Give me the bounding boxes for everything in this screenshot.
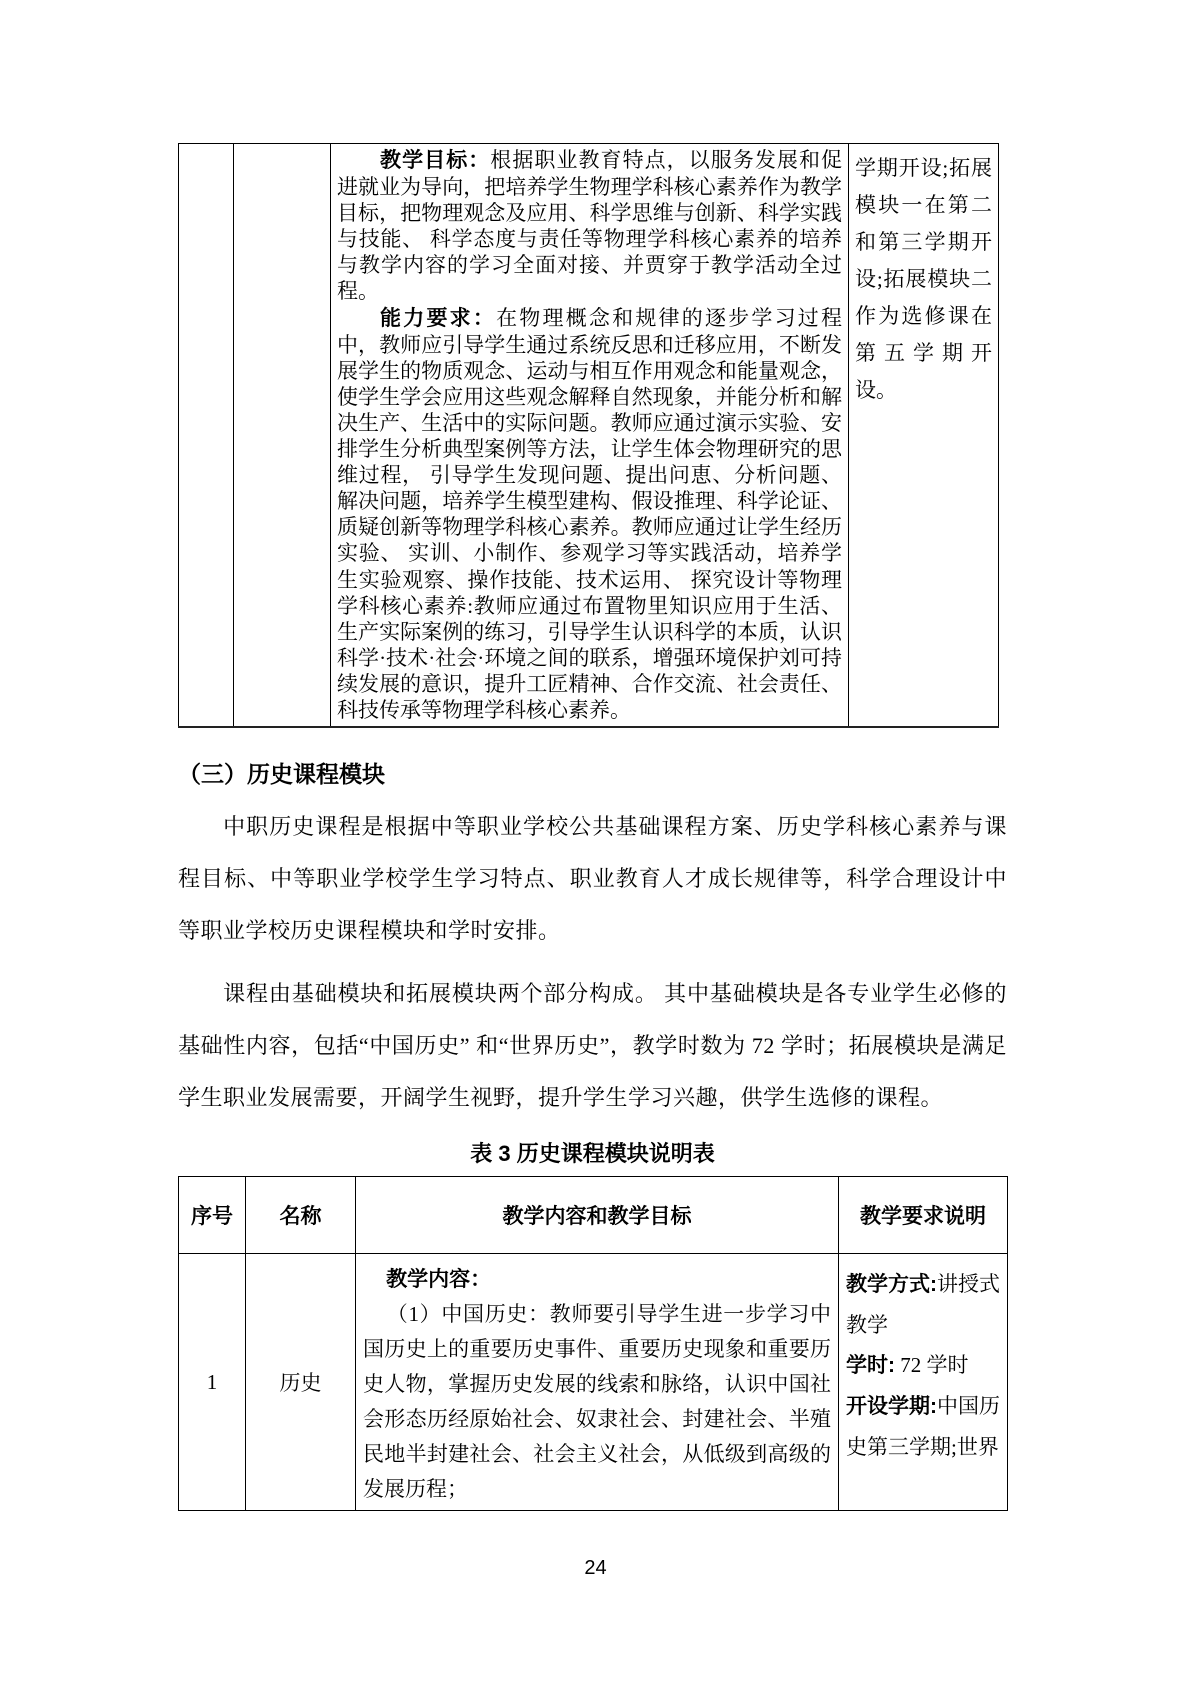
history-intro-paragraph-2: 课程由基础模块和拓展模块两个部分构成。 其中基础模块是各专业学生必修的基础性内容…: [178, 968, 1007, 1124]
table3-caption: 表 3 历史课程模块说明表: [178, 1140, 1007, 1168]
table-header-row: 序号 名称 教学内容和教学目标 教学要求说明: [179, 1177, 1008, 1254]
row-number-cell: 1: [179, 1254, 246, 1511]
physics-semester-note-cell: 学期开设;拓展模块一在第二和第三学期开设;拓展模块二作为选修课在第五学期开设。: [849, 144, 999, 728]
header-cell-name: 名称: [246, 1177, 356, 1254]
semester-item: 开设学期:中国历史第三学期;世界: [846, 1386, 1000, 1467]
semester-note-text: 学期开设;拓展模块一在第二和第三学期开设;拓展模块二作为选修课在第五学期开设。: [855, 156, 992, 402]
teaching-content-label: 教学内容：: [363, 1262, 831, 1297]
row-name-cell: 历史: [246, 1254, 356, 1511]
class-hours-item: 学时: 72 学时: [846, 1345, 1000, 1386]
teaching-method-item: 教学方式:讲授式教学: [846, 1264, 1000, 1345]
history-module-table: 序号 名称 教学内容和教学目标 教学要求说明 1 历史 教学内容： （1）中国历…: [178, 1176, 1008, 1511]
header-cell-number: 序号: [179, 1177, 246, 1254]
header-cell-content-objectives: 教学内容和教学目标: [356, 1177, 839, 1254]
ability-requirements-text: 在物理概念和规律的逐步学习过程中，教师应引导学生通过系统反思和迁移应用，不断发展…: [337, 306, 842, 722]
table-row-history: 1 历史 教学内容： （1）中国历史：教师要引导学生进一步学习中国历史上的重要历…: [179, 1254, 1008, 1511]
history-intro-paragraph-1: 中职历史课程是根据中等职业学校公共基础课程方案、历史学科核心素养与课程目标、中等…: [178, 801, 1007, 957]
physics-module-table: 教学目标：根据职业教育特点，以服务发展和促进就业为导向，把培养学生物理学科核心素…: [178, 143, 999, 728]
physics-row-name-cell: [234, 144, 331, 728]
table-row: 教学目标：根据职业教育特点，以服务发展和促进就业为导向，把培养学生物理学科核心素…: [179, 144, 999, 728]
teaching-objectives-label: 教学目标：: [380, 149, 490, 172]
document-page: 教学目标：根据职业教育特点，以服务发展和促进就业为导向，把培养学生物理学科核心素…: [0, 0, 1191, 1684]
teaching-requirements-cell: 教学方式:讲授式教学 学时: 72 学时 开设学期:中国历史第三学期;世界: [839, 1254, 1008, 1511]
page-number: 24: [0, 1557, 1191, 1580]
teaching-method-label: 教学方式:: [846, 1273, 937, 1296]
teaching-content-text: （1）中国历史：教师要引导学生进一步学习中国历史上的重要历史事件、重要历史现象和…: [363, 1297, 831, 1507]
ability-requirements-label: 能力要求：: [380, 307, 496, 330]
physics-teaching-content-cell: 教学目标：根据职业教育特点，以服务发展和促进就业为导向，把培养学生物理学科核心素…: [331, 144, 849, 728]
header-cell-requirements: 教学要求说明: [839, 1177, 1008, 1254]
class-hours-label: 学时:: [846, 1354, 895, 1377]
ability-requirements-paragraph: 能力要求：在物理概念和规律的逐步学习过程中，教师应引导学生通过系统反思和迁移应用…: [337, 305, 842, 724]
class-hours-text: 72 学时: [895, 1353, 969, 1377]
physics-row-number-cell: [179, 144, 234, 728]
semester-label: 开设学期:: [846, 1395, 937, 1418]
history-teaching-content-cell: 教学内容： （1）中国历史：教师要引导学生进一步学习中国历史上的重要历史事件、重…: [356, 1254, 839, 1511]
section-heading-history-module: （三）历史课程模块: [178, 758, 1007, 790]
teaching-objectives-paragraph: 教学目标：根据职业教育特点，以服务发展和促进就业为导向，把培养学生物理学科核心素…: [337, 147, 842, 305]
